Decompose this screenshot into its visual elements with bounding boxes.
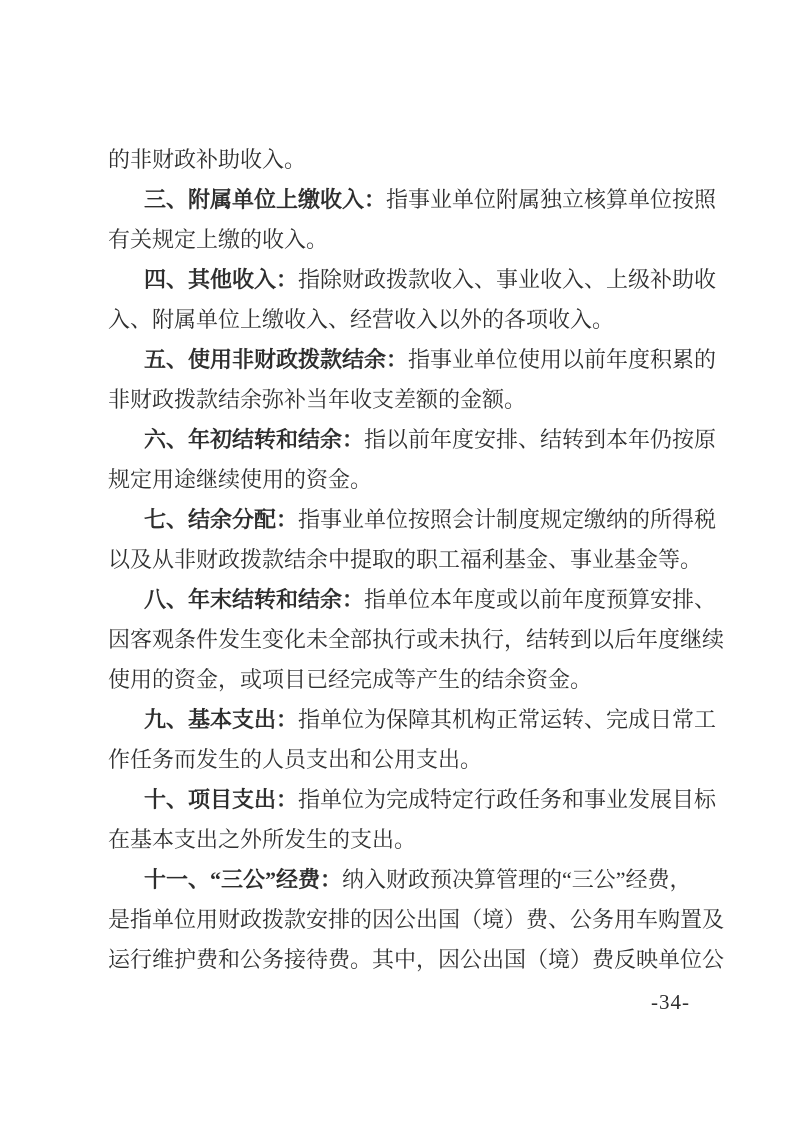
page-number: -34- xyxy=(651,988,690,1016)
body-text: 指单位本年度或以前年度预算安排、 xyxy=(364,587,716,612)
text-line: 入、附属单位上缴收入、经营收入以外的各项收入。 xyxy=(108,300,756,340)
text-line: 使用的资金，或项目已经完成等产生的结余资金。 xyxy=(108,660,756,700)
body-text: 运行维护费和公务接待费。其中，因公出国（境）费反映单位公 xyxy=(108,947,724,972)
term-heading: 五、使用非财政拨款结余： xyxy=(144,347,408,372)
body-text: 纳入财政预决算管理的“三公”经费， xyxy=(342,867,692,892)
paragraph-first-line: 八、年末结转和结余：指单位本年度或以前年度预算安排、 xyxy=(108,580,756,620)
text-line: 作任务而发生的人员支出和公用支出。 xyxy=(108,740,756,780)
body-text: 指事业单位使用以前年度积累的 xyxy=(408,347,716,372)
paragraph-first-line: 七、结余分配：指事业单位按照会计制度规定缴纳的所得税 xyxy=(108,500,756,540)
body-text: 指事业单位附属独立核算单位按照 xyxy=(386,187,716,212)
body-text: 指以前年度安排、结转到本年仍按原 xyxy=(364,427,716,452)
paragraph-first-line: 六、年初结转和结余：指以前年度安排、结转到本年仍按原 xyxy=(108,420,756,460)
body-text: 规定用途继续使用的资金。 xyxy=(108,467,372,492)
text-line: 规定用途继续使用的资金。 xyxy=(108,460,756,500)
text-line: 非财政拨款结余弥补当年收支差额的金额。 xyxy=(108,380,756,420)
body-text: 作任务而发生的人员支出和公用支出。 xyxy=(108,747,482,772)
body-text: 因客观条件发生变化未全部执行或未执行，结转到以后年度继续 xyxy=(108,627,724,652)
body-text: 的非财政补助收入。 xyxy=(108,147,306,172)
paragraph-first-line: 四、其他收入：指除财政拨款收入、事业收入、上级补助收 xyxy=(108,260,756,300)
paragraph-first-line: 九、基本支出：指单位为保障其机构正常运转、完成日常工 xyxy=(108,700,756,740)
body-text: 指除财政拨款收入、事业收入、上级补助收 xyxy=(298,267,716,292)
body-text: 使用的资金，或项目已经完成等产生的结余资金。 xyxy=(108,667,592,692)
term-heading: 八、年末结转和结余： xyxy=(144,587,364,612)
term-heading: 十、项目支出： xyxy=(144,787,298,812)
paragraph-first-line: 五、使用非财政拨款结余：指事业单位使用以前年度积累的 xyxy=(108,340,756,380)
body-text: 指事业单位按照会计制度规定缴纳的所得税 xyxy=(298,507,716,532)
term-heading: 三、附属单位上缴收入： xyxy=(144,187,386,212)
term-heading: 六、年初结转和结余： xyxy=(144,427,364,452)
term-heading: 九、基本支出： xyxy=(144,707,298,732)
paragraph-first-line: 十一、“三公”经费：纳入财政预决算管理的“三公”经费， xyxy=(108,860,756,900)
body-text: 非财政拨款结余弥补当年收支差额的金额。 xyxy=(108,387,526,412)
body-text: 是指单位用财政拨款安排的因公出国（境）费、公务用车购置及 xyxy=(108,907,724,932)
body-text: 入、附属单位上缴收入、经营收入以外的各项收入。 xyxy=(108,307,614,332)
text-line: 在基本支出之外所发生的支出。 xyxy=(108,820,756,860)
paragraph-first-line: 十、项目支出：指单位为完成特定行政任务和事业发展目标 xyxy=(108,780,756,820)
body-text: 指单位为完成特定行政任务和事业发展目标 xyxy=(298,787,716,812)
body-text: 以及从非财政拨款结余中提取的职工福利基金、事业基金等。 xyxy=(108,547,702,572)
text-line: 以及从非财政拨款结余中提取的职工福利基金、事业基金等。 xyxy=(108,540,756,580)
document-body: 的非财政补助收入。三、附属单位上缴收入：指事业单位附属独立核算单位按照有关规定上… xyxy=(108,140,756,980)
term-heading: 七、结余分配： xyxy=(144,507,298,532)
term-heading: 四、其他收入： xyxy=(144,267,298,292)
body-text: 有关规定上缴的收入。 xyxy=(108,227,328,252)
text-line: 因客观条件发生变化未全部执行或未执行，结转到以后年度继续 xyxy=(108,620,756,660)
document-page: 的非财政补助收入。三、附属单位上缴收入：指事业单位附属独立核算单位按照有关规定上… xyxy=(0,0,793,1122)
text-line: 运行维护费和公务接待费。其中，因公出国（境）费反映单位公 xyxy=(108,940,756,980)
term-heading: 十一、“三公”经费： xyxy=(144,867,342,892)
paragraph-first-line: 三、附属单位上缴收入：指事业单位附属独立核算单位按照 xyxy=(108,180,756,220)
text-line: 有关规定上缴的收入。 xyxy=(108,220,756,260)
body-text: 指单位为保障其机构正常运转、完成日常工 xyxy=(298,707,716,732)
text-line: 的非财政补助收入。 xyxy=(108,140,756,180)
body-text: 在基本支出之外所发生的支出。 xyxy=(108,827,416,852)
text-line: 是指单位用财政拨款安排的因公出国（境）费、公务用车购置及 xyxy=(108,900,756,940)
